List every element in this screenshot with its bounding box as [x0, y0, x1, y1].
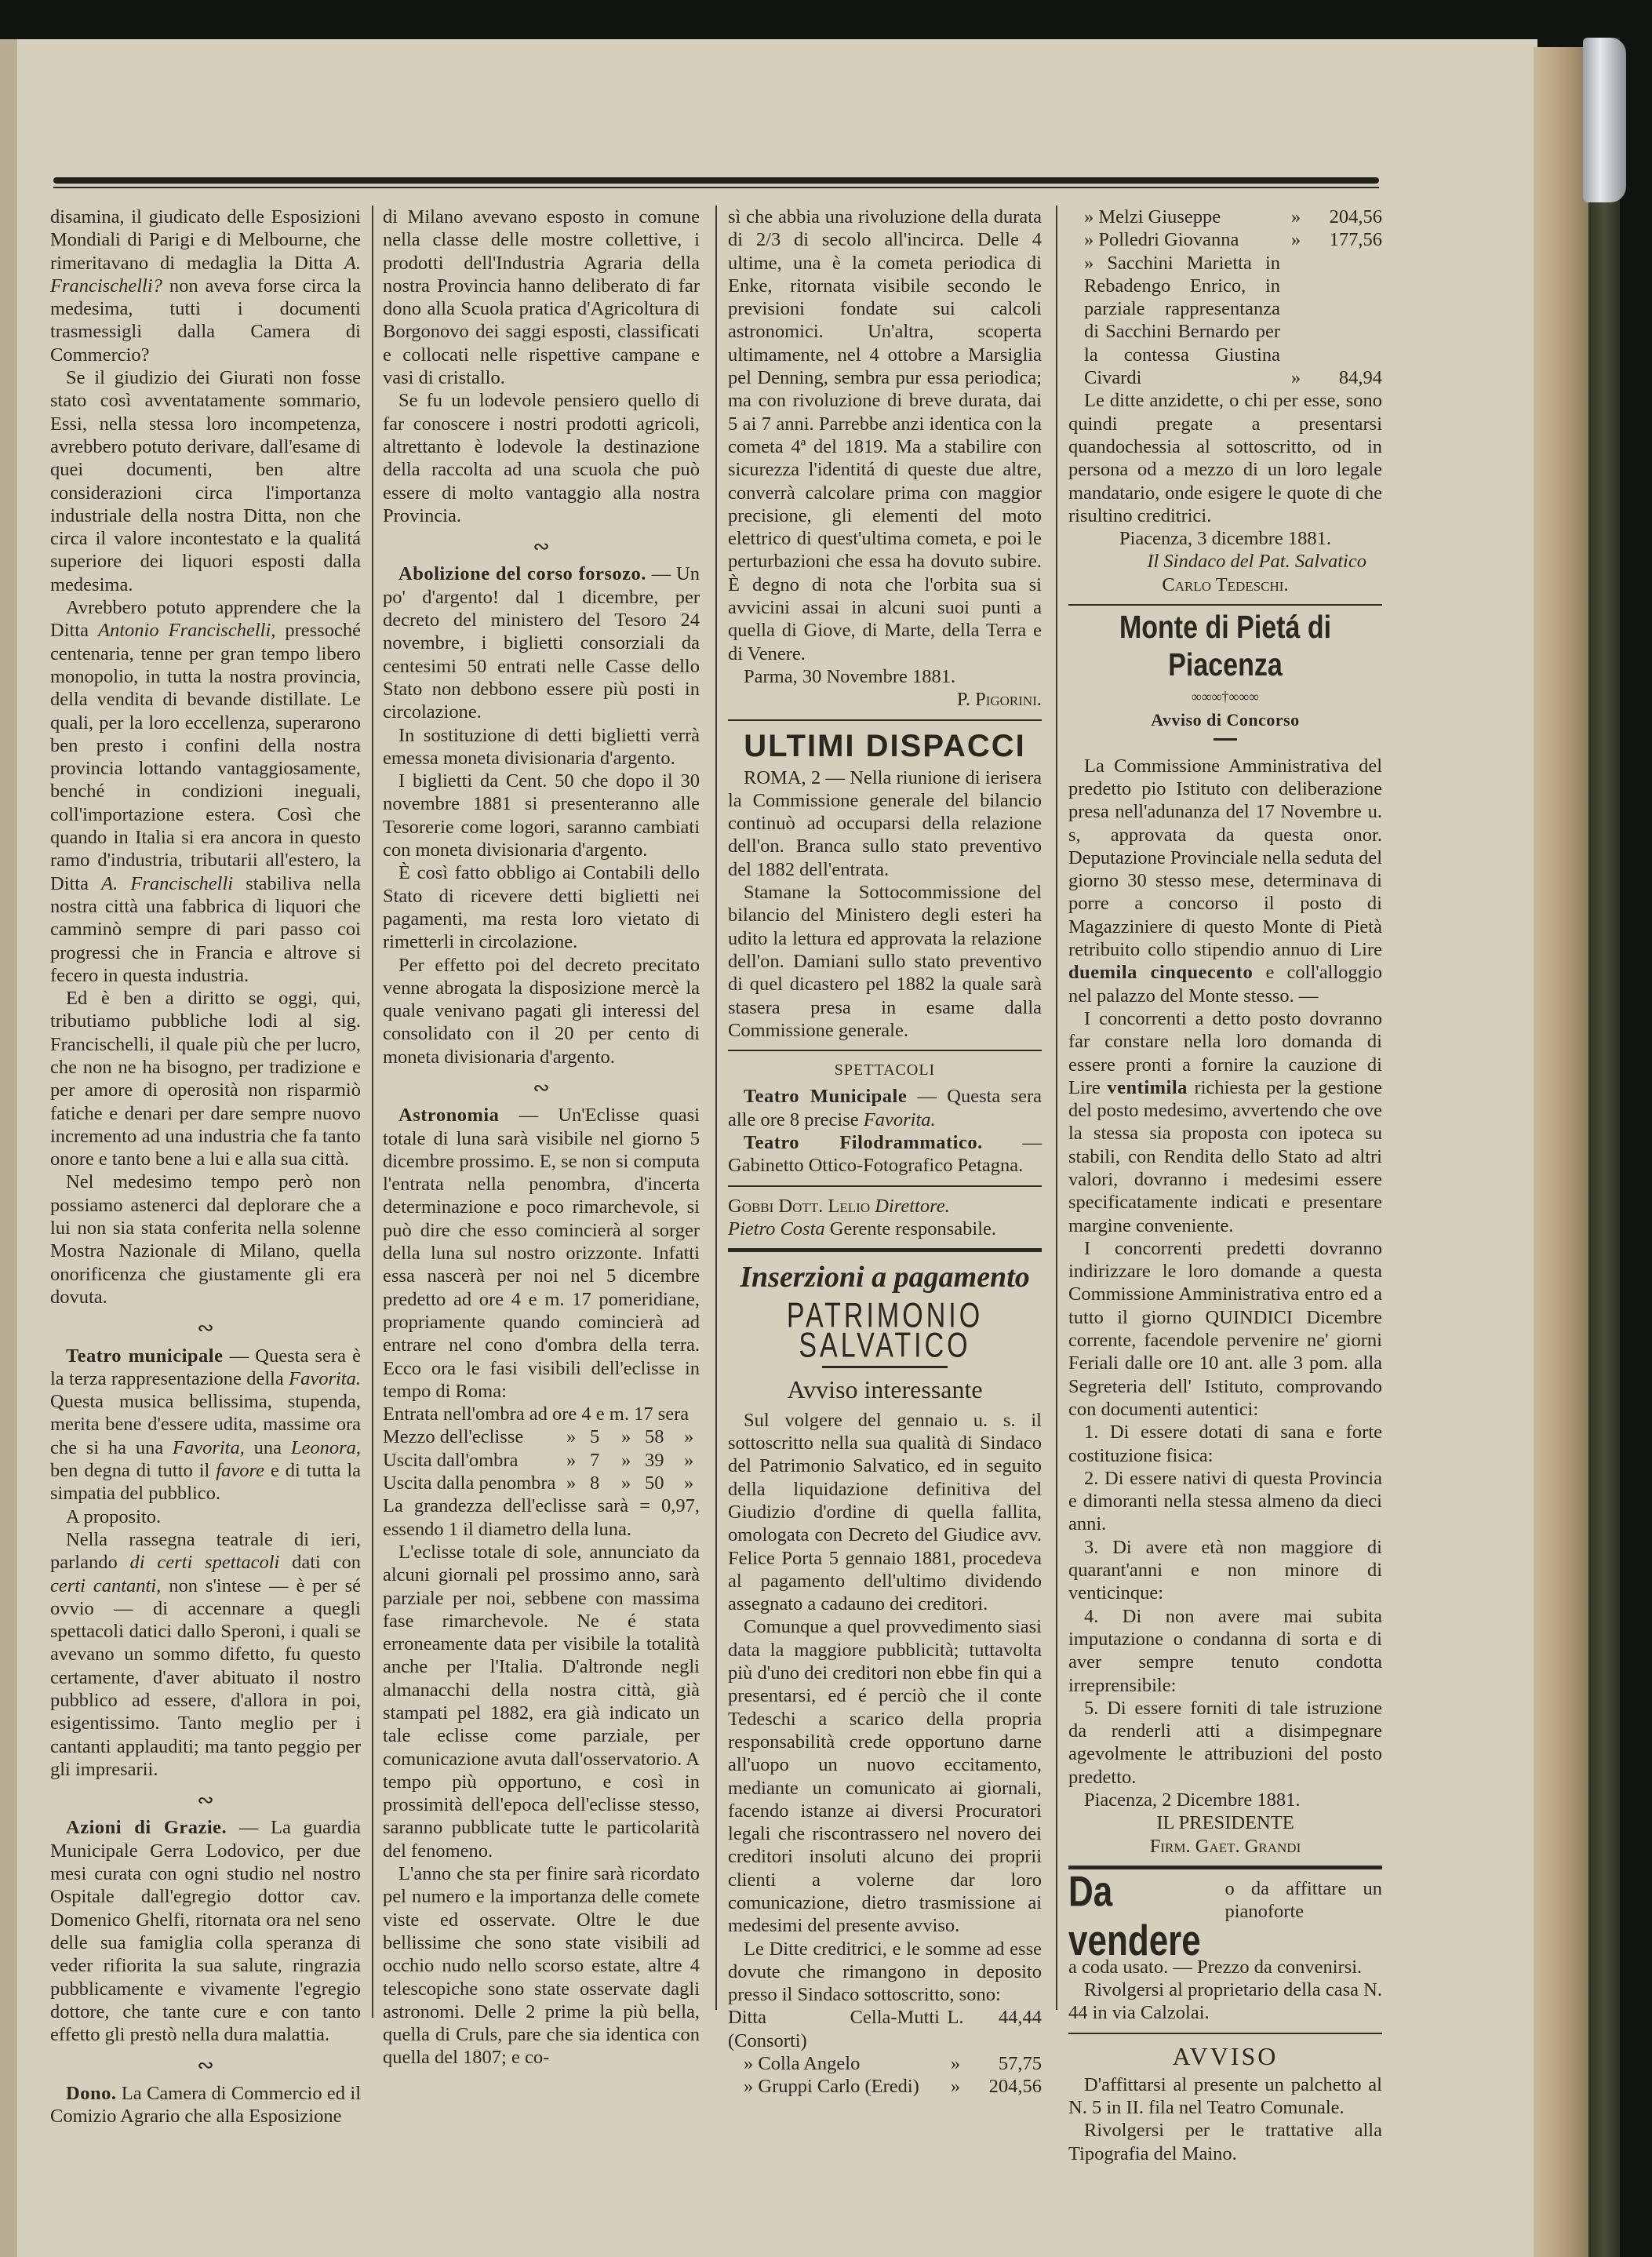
signature: P. Pigorini. [728, 688, 1042, 711]
ad-text: Le ditte anzidette, o chi per esse, sono… [1068, 389, 1382, 527]
column-3: sì che abbia una rivoluzione della durat… [728, 206, 1042, 2099]
column-divider [1056, 206, 1057, 2010]
article-astronomia: Astronomia — Un'Eclisse quasi totale di … [383, 1104, 700, 1403]
article-text: La grandezza dell'eclisse sarà = 0,97, e… [383, 1494, 700, 1541]
section-title-inserzioni: Inserzioni a pagamento [728, 1260, 1042, 1294]
ornament-icon: ∞∞∞†∞∞∞ [1068, 686, 1382, 708]
ad-text: I concorrenti a detto posto dovranno far… [1068, 1007, 1382, 1237]
article-text: Avrebbero potuto apprendere che la Ditta… [50, 596, 361, 987]
ad-text: Le Ditte creditrici, e le somme ad esse … [728, 1938, 1042, 2007]
ad-text: I concorrenti predetti dovranno indirizz… [1068, 1237, 1382, 1421]
ad-text: Rivolgersi al proprietario della casa N.… [1068, 1979, 1382, 2025]
ornament-icon: ∾ [383, 1076, 700, 1099]
dateline: Parma, 30 Novembre 1881. [728, 665, 1042, 688]
ad-title-avviso: AVVISO [1068, 2042, 1382, 2070]
article-text: Per effetto poi del decreto precitato ve… [383, 954, 700, 1068]
article-abolizione: Abolizione del corso forsozo. — Un po' d… [383, 562, 700, 723]
show-listing: Teatro Municipale — Questa sera alle ore… [728, 1085, 1042, 1131]
divider [1214, 738, 1237, 741]
requirement-item: 2. Di essere nativi di questa Provincia … [1068, 1467, 1382, 1536]
article-text: disamina, il giudicato delle Esposizioni… [50, 206, 361, 366]
creditor-row: » Sacchini Marietta in Rebadengo Enrico,… [1068, 252, 1382, 390]
column-divider [372, 206, 373, 2018]
book-binding [1588, 38, 1620, 2257]
header-rule [53, 177, 1379, 184]
section-title-ultimi-dispacci: ULTIMI DISPACCI [728, 729, 1042, 763]
page-stack-edge [1534, 47, 1588, 2257]
eclipse-table-row: Uscita dalla penombra»8»50» [383, 1472, 700, 1494]
header-rule-thin [53, 187, 1379, 188]
ornament-icon: ∾ [50, 2054, 361, 2077]
article-text: Nel medesimo tempo però non possiamo ast… [50, 1170, 361, 1309]
article-text: Se fu un lodevole pensiero quello di far… [383, 389, 700, 527]
requirement-item: 5. Di essere forniti di tale istruzione … [1068, 1697, 1382, 1789]
article-text: In sostituzione di detti biglietti verrà… [383, 724, 700, 770]
column-4: » Melzi Giuseppe»204,56 » Polledri Giova… [1068, 206, 1382, 2165]
ad-subtitle: Avviso interessante [728, 1374, 1042, 1404]
eclipse-table-row: Uscita dall'ombra»7»39» [383, 1449, 700, 1472]
article-text: Se il giudizio dei Giurati non fosse sta… [50, 366, 361, 596]
article-text: L'anno che sta per finire sarà ricordato… [383, 1862, 700, 2070]
ad-title-patrimonio: PATRIMONIO SALVATICO [728, 1301, 1042, 1361]
divider [728, 719, 1042, 721]
ad-text: Comunque a quel provvedimento siasi data… [728, 1615, 1042, 1937]
article-azioni: Azioni di Grazie. — La guardia Municipal… [50, 1816, 361, 2046]
dateline: Piacenza, 2 Dicembre 1881. [1068, 1789, 1382, 1811]
ornament-icon: ∾ [50, 1316, 361, 1339]
column-1: disamina, il giudicato delle Esposizioni… [50, 206, 361, 2128]
ad-da-vendere: Da vendere o da affittare un pianoforte [1068, 1877, 1382, 1956]
requirement-item: 3. Di avere età non maggiore di quarant'… [1068, 1536, 1382, 1605]
dispatch-text: ROMA, 2 — Nella riunione di ierisera la … [728, 766, 1042, 881]
article-text: L'eclisse totale di sole, annunciato da … [383, 1541, 700, 1862]
ornament-icon: ∾ [383, 535, 700, 558]
dateline: Piacenza, 3 dicembre 1881. [1068, 527, 1382, 550]
article-text: Ed è ben a diritto se oggi, qui, tributi… [50, 987, 361, 1170]
creditor-row: Ditta Cella-Mutti (Consorti)L.44,44 [728, 2006, 1042, 2052]
requirement-item: 1. Di essere dotati di sana e forte cost… [1068, 1421, 1382, 1467]
creditor-row: » Colla Angelo»57,75 [728, 2052, 1042, 2075]
ornament-icon: ∾ [50, 1789, 361, 1811]
divider [1068, 604, 1382, 606]
article-text: È così fatto obbligo ai Contabili dello … [383, 861, 700, 953]
page-gutter [0, 39, 17, 2257]
dispatch-text: Stamane la Sottocommissione del bilancio… [728, 881, 1042, 1042]
signature-role: Il Sindaco del Pat. Salvatico [1068, 550, 1382, 573]
creditor-row: » Melzi Giuseppe»204,56 [1068, 206, 1382, 228]
article-text: A proposito. [50, 1505, 361, 1528]
signature-role: IL PRESIDENTE [1068, 1811, 1382, 1834]
show-listing: Teatro Filodrammatico. — Gabinetto Ottic… [728, 1131, 1042, 1178]
divider [1068, 2033, 1382, 2034]
ad-subtitle: Avviso di Concorso [1068, 708, 1382, 731]
editor-credit: Gobbi Dott. Lelio Direttore. [728, 1195, 1042, 1218]
ad-text: La Commissione Amministrativa del predet… [1068, 755, 1382, 1007]
divider [728, 1248, 1042, 1252]
divider [728, 1050, 1042, 1051]
metal-clip [1583, 38, 1626, 202]
divider [822, 1366, 948, 1368]
ad-title-monte-pieta: Monte di Pietá di Piacenza [1068, 609, 1382, 684]
section-title-spettacoli: SPETTACOLI [728, 1059, 1042, 1082]
signature-name: Firm. Gaet. Grandi [1068, 1835, 1382, 1858]
divider [728, 1185, 1042, 1187]
eclipse-first-row: Entrata nell'ombra ad ore 4 e m. 17 sera [383, 1403, 700, 1425]
article-text: sì che abbia una rivoluzione della durat… [728, 206, 1042, 665]
ad-title-da-vendere: Da vendere [1068, 1867, 1210, 1965]
article-teatro: Teatro municipale — Questa sera è la ter… [50, 1345, 361, 1505]
article-text: di Milano avevano esposto in comune nell… [383, 206, 700, 389]
signature-name: Carlo Tedeschi. [1068, 573, 1382, 596]
article-text: Nella rassegna teatrale di ieri, parland… [50, 1528, 361, 1781]
requirement-item: 4. Di non avere mai subita imputazione o… [1068, 1605, 1382, 1697]
creditor-row: » Gruppi Carlo (Eredi)»204,56 [728, 2075, 1042, 2098]
column-divider [715, 206, 717, 2010]
ad-text: D'affittarsi al presente un palchetto al… [1068, 2073, 1382, 2120]
eclipse-table-row: Mezzo dell'eclisse»5»58» [383, 1425, 700, 1448]
ad-text: Sul volgere del gennaio u. s. il sottosc… [728, 1409, 1042, 1616]
article-dono: Dono. La Camera di Commercio ed il Comiz… [50, 2082, 361, 2128]
column-2: di Milano avevano esposto in comune nell… [383, 206, 700, 2070]
ad-text: Rivolgersi per le trattative alla Tipogr… [1068, 2119, 1382, 2165]
creditor-row: » Polledri Giovanna»177,56 [1068, 228, 1382, 251]
article-text: I biglietti da Cent. 50 che dopo il 30 n… [383, 770, 700, 861]
manager-credit: Pietro Costa Gerente responsabile. [728, 1218, 1042, 1240]
